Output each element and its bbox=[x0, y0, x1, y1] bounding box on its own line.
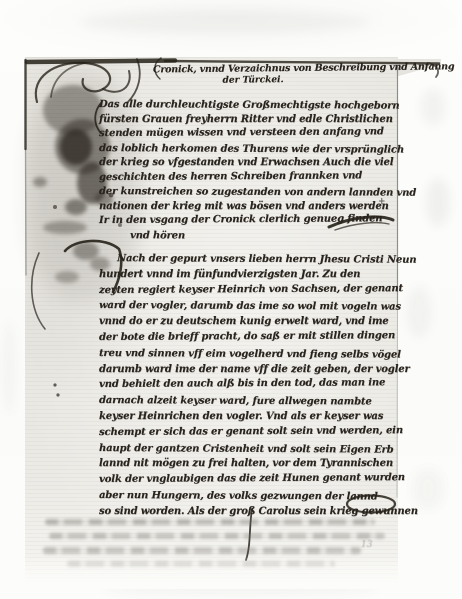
manuscript-line: darnach alzeit keyser ward, fure allwege… bbox=[99, 393, 404, 410]
manuscript-line: keyser Heinrichen den vogler. Vnd als er… bbox=[99, 409, 404, 425]
manuscript-line: hundert vnnd im fünfundvierzigsten Jar. … bbox=[99, 267, 404, 283]
manuscript-line: Das alle durchleuchtigste Großmechtigste… bbox=[99, 98, 399, 114]
bleedthrough-line bbox=[49, 533, 385, 539]
manuscript-line: vnd behielt den auch alß bis in den tod,… bbox=[99, 376, 404, 394]
manuscript-line: das loblich herkomen des Thurens wie der… bbox=[99, 142, 399, 158]
bleedthrough-line bbox=[43, 547, 361, 554]
manuscript-page: Cronick, vnnd Verzaichnus von Beschreibu… bbox=[25, 57, 398, 582]
manuscript-line: Ir in den vsgang der Cronick clerlich ge… bbox=[99, 212, 399, 228]
manuscript-line: ward der vogler, darumb das ime so wol m… bbox=[99, 298, 404, 315]
manuscript-line: der kunstreichen so zugestanden von ande… bbox=[99, 185, 399, 201]
ink-dot bbox=[56, 393, 59, 396]
ink-dot bbox=[53, 383, 56, 386]
paragraph-1: Das alle durchleuchtigste Großmechtigste… bbox=[99, 98, 399, 243]
manuscript-line: stenden mügen wissen vnd versteen den an… bbox=[99, 125, 399, 141]
swirl-flourish bbox=[103, 71, 130, 92]
page-number: 13 bbox=[361, 540, 372, 550]
manuscript-line: volk der vnglaubigen das die zeit Hunen … bbox=[99, 470, 404, 488]
title-line-1: Cronick, vnnd Verzaichnus von Beschreibu… bbox=[153, 62, 423, 77]
margin-curve-flourish bbox=[32, 253, 45, 329]
bleedthrough-line bbox=[45, 519, 375, 525]
manuscript-line: treu vnd sinnen vff eim vogelherd vnd fi… bbox=[99, 346, 404, 363]
manuscript-line: vnd hören bbox=[99, 229, 399, 245]
border-smudge bbox=[80, 10, 370, 34]
manuscript-line: so sind worden. Als der groß Carolus sei… bbox=[99, 504, 404, 520]
page-top-edge bbox=[27, 61, 175, 63]
manuscript-line: haupt der gantzen Cristenheit vnd solt s… bbox=[99, 441, 404, 458]
manuscript-photo: Cronick, vnnd Verzaichnus von Beschreibu… bbox=[0, 0, 462, 599]
margin-cross-mark: + bbox=[378, 197, 386, 207]
manuscript-line: schempt er sich das er genant solt sein … bbox=[99, 423, 404, 441]
title-block: Cronick, vnnd Verzaichnus von Beschreibu… bbox=[153, 62, 423, 88]
manuscript-line: der krieg so vfgestanden vnd Erwachsen A… bbox=[99, 156, 399, 171]
ink-dot bbox=[53, 205, 57, 209]
title-line-2: der Türckei. bbox=[153, 74, 353, 87]
manuscript-line: zeyten regiert keyser Heinrich von Sachs… bbox=[99, 281, 404, 299]
manuscript-line: der bote die brieff pracht, do saß er mi… bbox=[99, 328, 404, 346]
manuscript-line: Nach der gepurt vnsers lieben herrn Jhes… bbox=[99, 251, 404, 268]
paragraph-2: Nach der gepurt vnsers lieben herrn Jhes… bbox=[99, 251, 404, 520]
border-smudge bbox=[2, 320, 16, 415]
border-smudge bbox=[100, 583, 380, 595]
manuscript-line: geschichten des herren Schreiben frannke… bbox=[99, 169, 399, 185]
page-left-edge bbox=[26, 149, 27, 275]
swirl-flourish bbox=[36, 63, 110, 102]
manuscript-line: aber nun Hungern, des volks gezwungen de… bbox=[99, 488, 404, 505]
bleedthrough-line bbox=[67, 561, 335, 567]
